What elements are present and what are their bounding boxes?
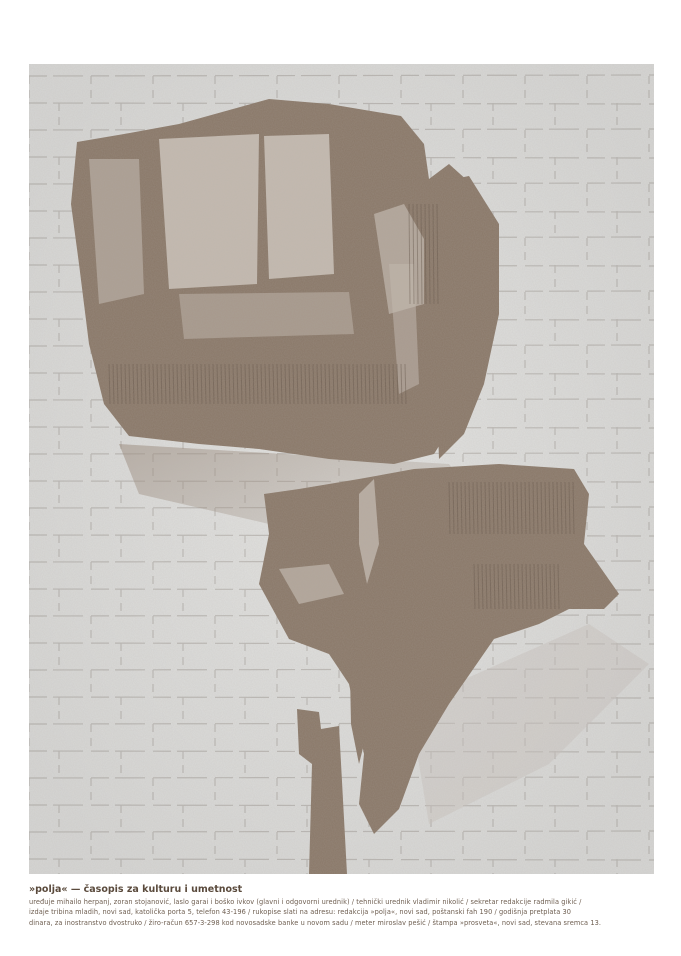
colophon-line-editors: uređuje mihailo herpanj, zoran stojanovi… bbox=[29, 897, 655, 907]
sculpture-photo bbox=[29, 64, 654, 874]
colophon: »polja« — časopis za kulturu i umetnost … bbox=[29, 884, 655, 928]
sculpture-photo-graphic bbox=[29, 64, 654, 874]
colophon-line-payment: dinara, za inostranstvo dvostruko / žiro… bbox=[29, 918, 655, 928]
magazine-title: »polja« — časopis za kulturu i umetnost bbox=[29, 884, 655, 895]
colophon-line-publisher: izdaje tribina mladih, novi sad, katolič… bbox=[29, 907, 655, 917]
